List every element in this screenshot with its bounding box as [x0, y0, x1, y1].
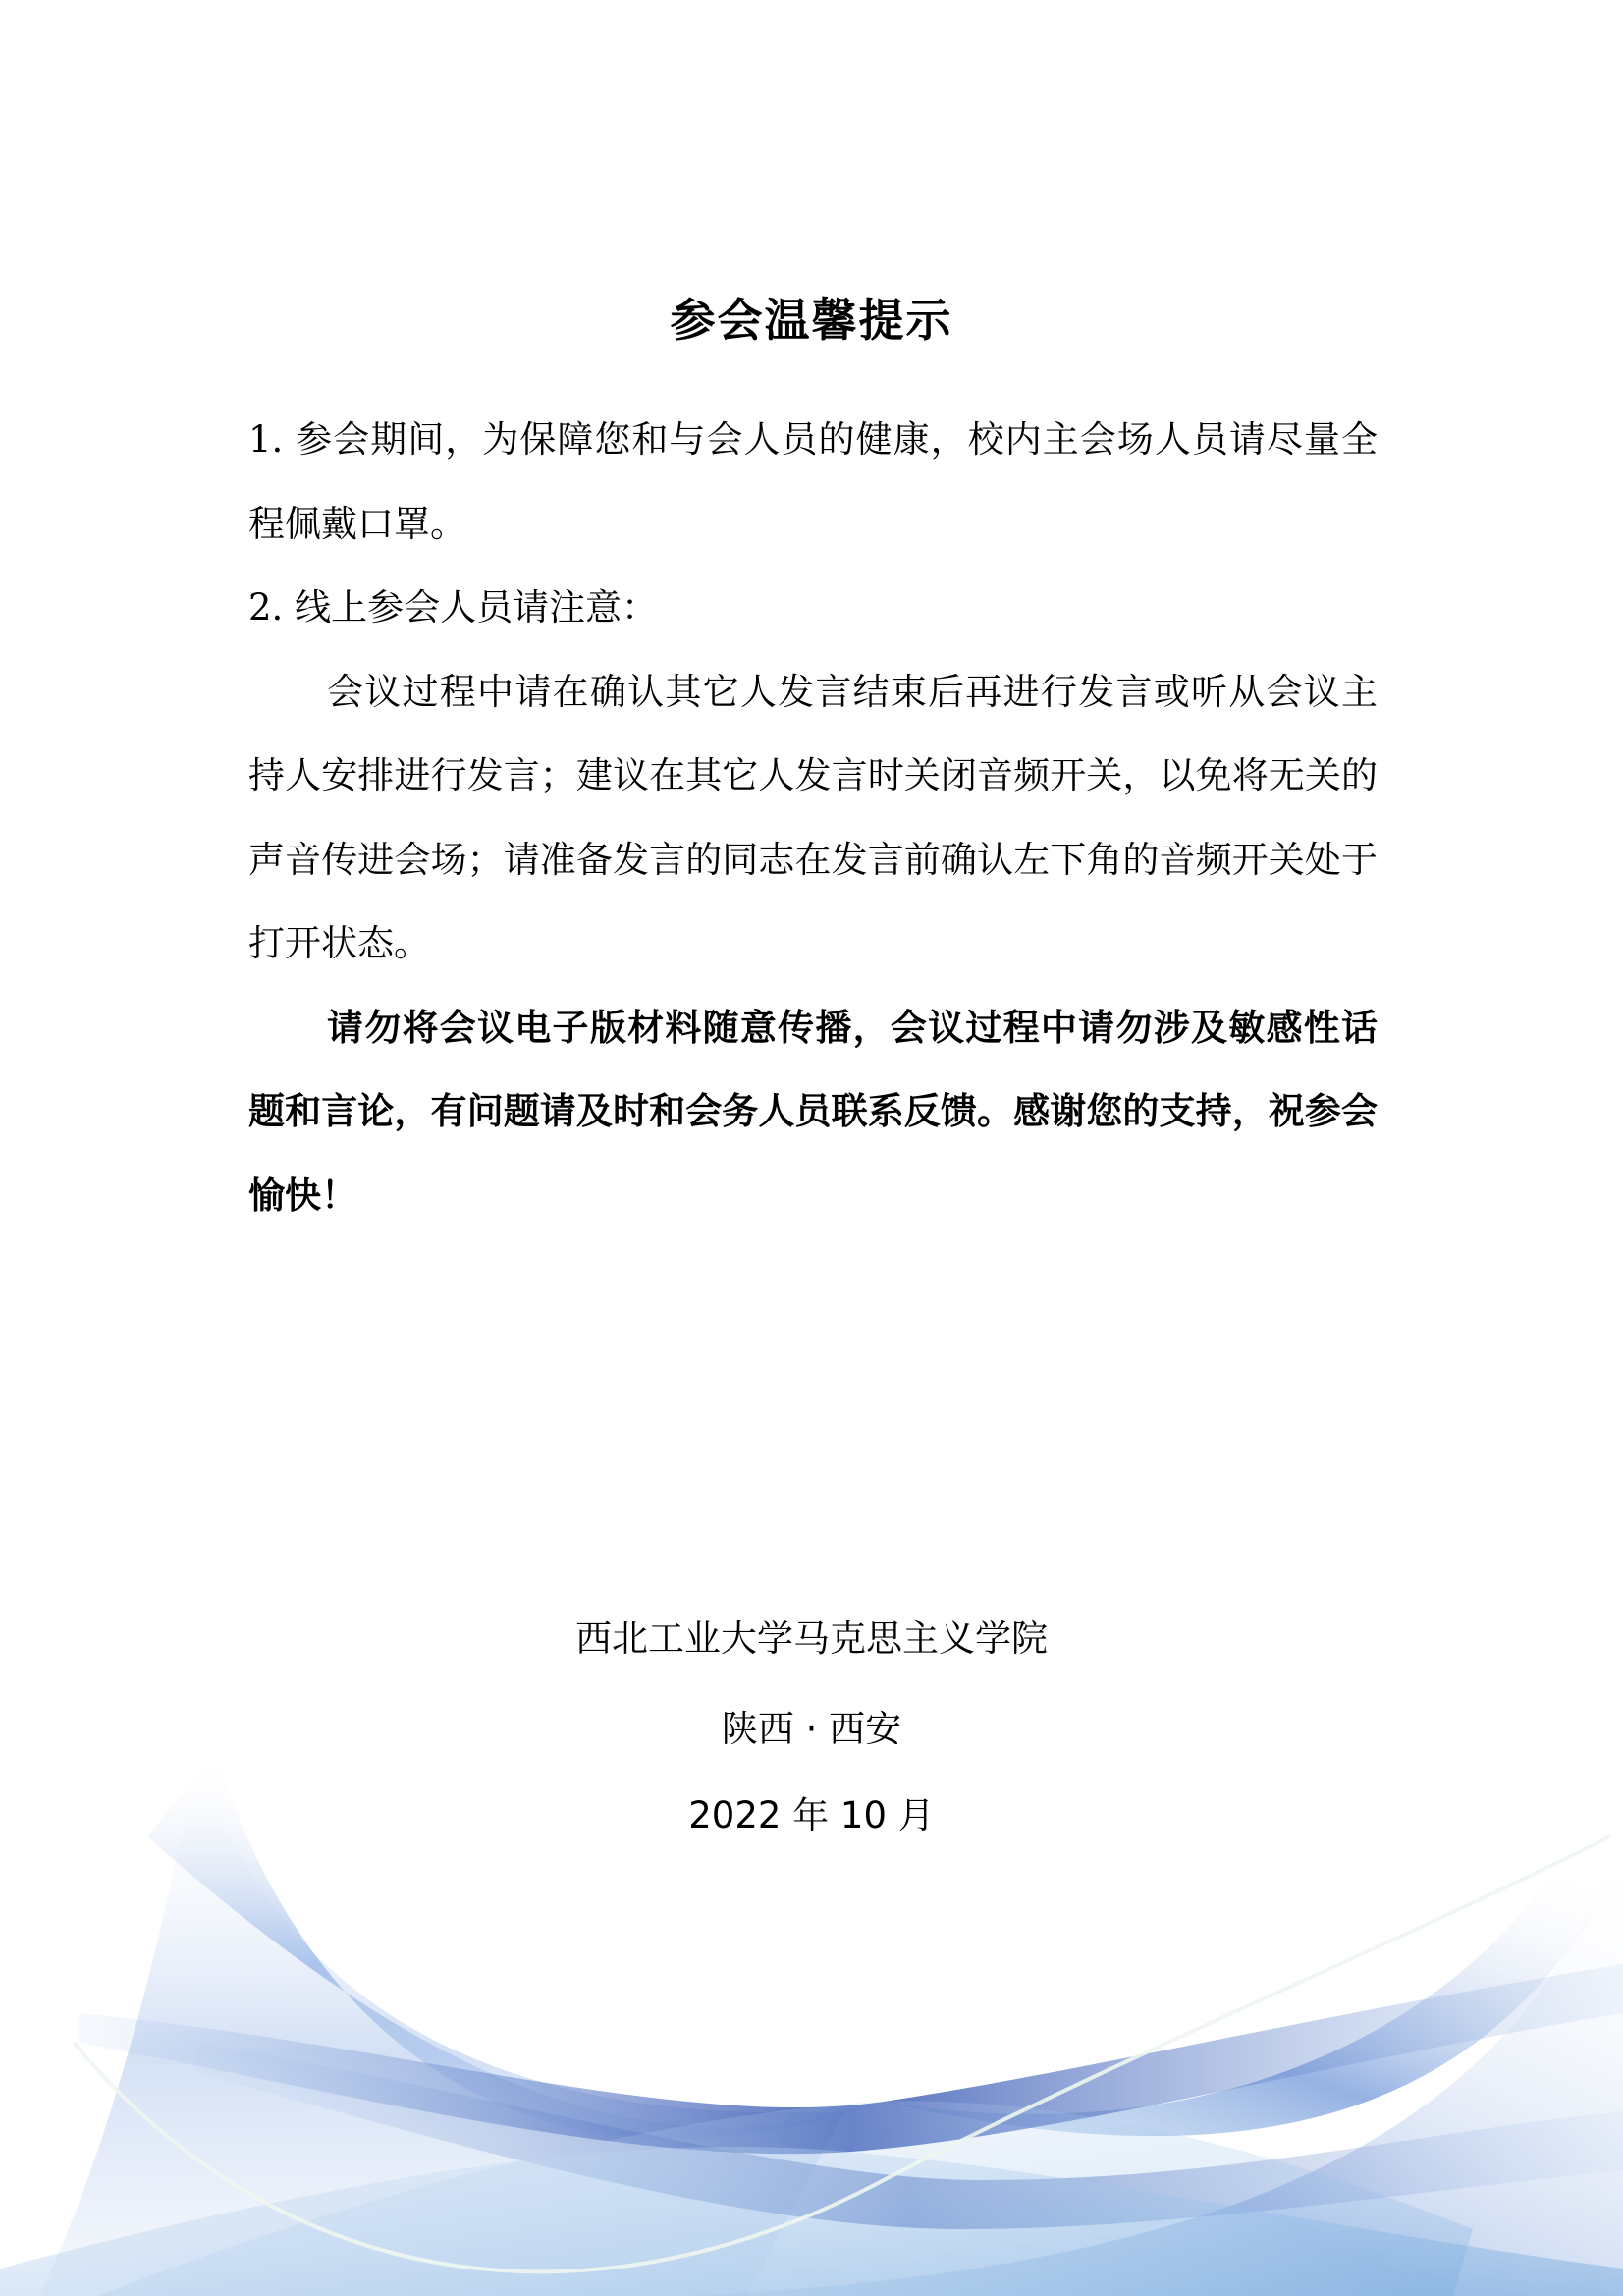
footer-date: 2022 年 10 月 [0, 1785, 1623, 1838]
footer-location: 陕西 · 西安 [0, 1699, 1623, 1752]
document-page: 参会温馨提示 1. 参会期间，为保障您和与会人员的健康，校内主会场人员请尽量全程… [0, 0, 1623, 2296]
page-title: 参会温馨提示 [0, 285, 1623, 350]
notice-body: 1. 参会期间，为保障您和与会人员的健康，校内主会场人员请尽量全程佩戴口罩。 2… [248, 398, 1378, 1237]
footer-organization: 西北工业大学马克思主义学院 [0, 1609, 1623, 1662]
paragraph-speaking-rules: 会议过程中请在确认其它人发言结束后再进行发言或听从会议主持人安排进行发言；建议在… [248, 650, 1378, 986]
paragraph-online-heading: 2. 线上参会人员请注意： [248, 566, 1378, 650]
paragraph-confidentiality-notice: 请勿将会议电子版材料随意传播，会议过程中请勿涉及敏感性话题和言论，有问题请及时和… [248, 986, 1378, 1238]
paragraph-mask-reminder: 1. 参会期间，为保障您和与会人员的健康，校内主会场人员请尽量全程佩戴口罩。 [248, 398, 1378, 566]
